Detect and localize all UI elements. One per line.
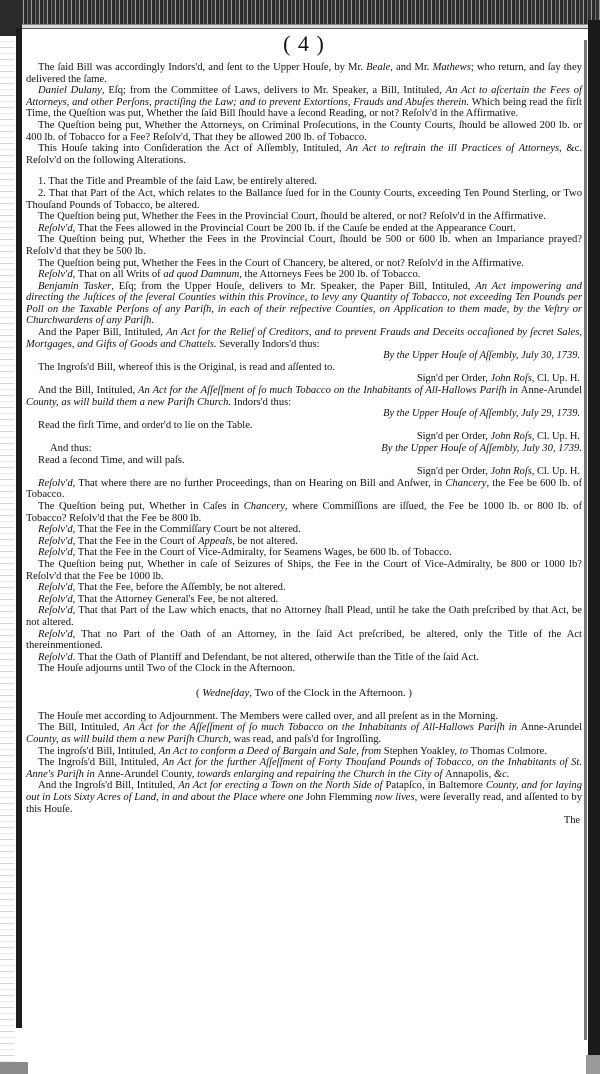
signature-line: By the Upper Houſe of Aſſembly, July 29,…: [26, 408, 582, 420]
text-run: The Queſtion being put, Whether in caſe …: [26, 559, 582, 582]
paragraph: Reſolv'd, That where there are no furthe…: [26, 478, 582, 501]
text-run: And the Ingroſs'd Bill, Intituled,: [38, 780, 178, 791]
scan-right-inner-edge: [584, 40, 587, 1040]
italic-text: Reſolv'd: [38, 547, 73, 558]
text-run: Anne-Arundel County,: [97, 769, 197, 780]
italic-text: By the Upper Houſe of Aſſembly, July 30,…: [383, 350, 580, 361]
text-run: Patapſco, in Baltemore: [386, 780, 486, 791]
italic-text: Reſolv'd: [38, 536, 73, 547]
italic-text: Reſolv'd: [38, 629, 73, 640]
text-run: The Houſe adjourns until Two of the Cloc…: [38, 663, 295, 674]
italic-text: Benjamin Tasker: [38, 281, 111, 292]
text-run: , was read, and paſs'd for Ingroſſing.: [228, 734, 381, 745]
scan-edge-speckle: [0, 30, 14, 1070]
text-run: , be not altered.: [232, 536, 298, 547]
italic-text: Reſolv'd: [38, 652, 73, 663]
italic-text: An Act for erecting a Town on the North …: [178, 780, 385, 791]
text-run: , That on all Writs of: [73, 269, 164, 280]
line-left: And thus:: [26, 443, 92, 455]
italic-text: ad quod Damnum: [163, 269, 239, 280]
catchword: The: [26, 815, 582, 827]
text-run: Sign'd per Order,: [417, 431, 491, 442]
italic-text: Chancery: [445, 478, 486, 489]
signature-line: Sign'd per Order, John Roſs, Cl. Up. H.: [26, 466, 582, 478]
scan-left-border: [16, 28, 22, 1028]
paragraph: And the Bill, Intituled, An Act for the …: [26, 385, 582, 408]
paragraph: Reſolv'd, That on all Writs of ad quod D…: [26, 269, 582, 281]
paragraph: Read the firſt Time, and order'd to lie …: [26, 420, 582, 432]
paragraph: Benjamin Tasker, Eſq; from the Upper Hou…: [26, 281, 582, 327]
italic-text: County, as will build them a new Pariſh …: [26, 734, 228, 745]
italic-text: An Act for the Aſſeſſment of ſo much Tob…: [123, 722, 521, 733]
text-run: Severally Indors'd thus:: [217, 339, 320, 350]
text-run: , That the Fee in the Court of: [73, 536, 198, 547]
text-run: Sign'd per Order,: [417, 373, 491, 384]
text-run: Annapolis,: [445, 769, 494, 780]
paragraph-gap: [26, 166, 582, 176]
italic-text: By the Upper Houſe of Aſſembly, July 30,…: [381, 443, 582, 454]
paragraph: Reſolv'd. That the Oath of Plantiff and …: [26, 652, 582, 664]
paragraph: Reſolv'd, That the Attorney General's Fe…: [26, 594, 582, 606]
text-run: The Queſtion being put, Whether the Fees…: [38, 258, 524, 269]
text-run: Thomas Colmore.: [471, 746, 548, 757]
paragraph: The Houſe adjourns until Two of the Cloc…: [26, 663, 582, 675]
italic-text: Reſolv'd: [38, 582, 73, 593]
text-run: This Houſe taking into Conſideration the…: [38, 143, 346, 154]
paragraph: Reſolv'd, That no Part of the Oath of an…: [26, 629, 582, 652]
session-heading: ( Wedneſday, Two of the Clock in the Aft…: [26, 687, 582, 699]
text-run: , That where there are no further Procee…: [73, 478, 446, 489]
italic-text: Mathews: [433, 62, 471, 73]
text-run: , That no Part of the Oath of an Attorne…: [26, 629, 582, 652]
italic-text: Reſolv'd: [38, 269, 73, 280]
document-page: ( 4 ) The ſaid Bill was accordingly Indo…: [26, 30, 582, 827]
italic-text: Reſolv'd: [38, 524, 73, 535]
paragraph: The Queſtion being put, Whether the Fees…: [26, 234, 582, 257]
italic-text: Reſolv'd: [38, 223, 73, 234]
paragraph: The Queſtion being put, Whether in caſe …: [26, 559, 582, 582]
text-run: Stephen Yoakley,: [384, 746, 460, 757]
text-run: Anne-Arundel: [521, 385, 582, 396]
document-body: The ſaid Bill was accordingly Indors'd, …: [26, 62, 582, 815]
italic-text: towards enlarging and repairing the Chur…: [197, 769, 445, 780]
paragraph: The Ingroſs'd Bill, whereof this is the …: [26, 362, 582, 374]
paragraph: The ſaid Bill was accordingly Indors'd, …: [26, 62, 582, 85]
text-run: 1. That the Title and Preamble of the ſa…: [38, 176, 317, 187]
paragraph: Reſolv'd, That the Fees allowed in the P…: [26, 223, 582, 235]
italic-text: Chancery: [244, 501, 285, 512]
text-run: The ſaid Bill was accordingly Indors'd, …: [38, 62, 366, 73]
italic-text: John Roſs: [491, 373, 532, 384]
italic-text: Reſolv'd: [38, 478, 73, 489]
text-run: , That the Fees allowed in the Provincia…: [73, 223, 516, 234]
page-number: ( 4 ): [26, 30, 582, 58]
paragraph: Reſolv'd, That that Part of the Law whic…: [26, 605, 582, 628]
text-run: , Two of the Clock in the Afternoon. ): [249, 687, 412, 699]
text-run: , That the Fee in the Commiſſary Court b…: [73, 524, 301, 535]
text-run: The Houſe met according to Adjournment. …: [38, 711, 498, 722]
text-run: The Queſtion being put, Whether the Atto…: [26, 120, 582, 143]
split-line: And thus:By the Upper Houſe of Aſſembly,…: [26, 443, 582, 455]
text-run: Read a ſecond Time, and will paſs.: [38, 455, 185, 466]
italic-text: now lives: [375, 792, 415, 803]
paragraph: Reſolv'd, That the Fee, before the Aſſem…: [26, 582, 582, 594]
paragraph: And the Paper Bill, Intituled, An Act fo…: [26, 327, 582, 350]
text-run: , Eſq; from the Committee of Laws, deliv…: [102, 85, 446, 96]
text-run: The ingroſs'd Bill, Intituled,: [38, 746, 159, 757]
paragraph: 2. That that Part of the Act, which rela…: [26, 188, 582, 211]
italic-text: An Act to reſtrain the ill Practices of …: [346, 143, 559, 154]
paragraph: The Queſtion being put, Whether in Caſes…: [26, 501, 582, 524]
text-run: , Cl. Up. H.: [532, 373, 580, 384]
text-run: , That the Attorney General's Fee, be no…: [73, 594, 279, 605]
paragraph: The Bill, Intituled, An Act for the Aſſe…: [26, 722, 582, 745]
paragraph: The Queſtion being put, Whether the Fees…: [26, 211, 582, 223]
text-run: , That that Part of the Law which enacts…: [26, 605, 582, 628]
text-run: Read the firſt Time, and order'd to lie …: [38, 420, 253, 431]
italic-text: John Roſs: [491, 466, 532, 477]
italic-text: An Act for the Aſſeſſment of ſo much Tob…: [138, 385, 521, 396]
italic-text: Reſolv'd: [38, 605, 73, 616]
paragraph: Daniel Dulany, Eſq; from the Committee o…: [26, 85, 582, 120]
scan-corner-bottom-right: [586, 1055, 600, 1074]
text-run: , Eſq; from the Upper Houſe, delivers to…: [111, 281, 475, 292]
text-run: . That the Oath of Plantiff and Defendan…: [73, 652, 479, 663]
paragraph: The Ingroſs'd Bill, Intituled, An Act fo…: [26, 757, 582, 780]
page-top-rule: [22, 24, 592, 29]
text-run: , the Attorneys Fees be 200 lb. of Tobac…: [239, 269, 420, 280]
paragraph: The Queſtion being put, Whether the Atto…: [26, 120, 582, 143]
text-run: The Queſtion being put, Whether in Caſes…: [38, 501, 244, 512]
text-run: John Flemming: [306, 792, 375, 803]
paragraph: Reſolv'd, That the Fee in the Court of A…: [26, 536, 582, 548]
line-right: By the Upper Houſe of Aſſembly, July 30,…: [369, 443, 582, 455]
text-run: The Queſtion being put, Whether the Fees…: [38, 211, 546, 222]
italic-text: Daniel Dulany: [38, 85, 102, 96]
italic-text: An Act to conform a Deed of Bargain and …: [159, 746, 384, 757]
italic-text: Appeals: [198, 536, 232, 547]
signature-line: Sign'd per Order, John Roſs, Cl. Up. H.: [26, 431, 582, 443]
scan-corner-bottom-left: [0, 1062, 28, 1074]
text-run: The Ingroſs'd Bill, Intituled,: [38, 757, 162, 768]
paragraph: Read a ſecond Time, and will paſs.: [26, 455, 582, 467]
paragraph: 1. That the Title and Preamble of the ſa…: [26, 176, 582, 188]
text-run: The Bill, Intituled,: [38, 722, 123, 733]
paragraph: This Houſe taking into Conſideration the…: [26, 143, 582, 166]
text-run: , That the Fee in the Court of Vice-Admi…: [73, 547, 452, 558]
italic-text: By the Upper Houſe of Aſſembly, July 29,…: [383, 408, 580, 419]
italic-text: Beale: [366, 62, 390, 73]
text-run: And the Bill, Intituled,: [38, 385, 138, 396]
italic-text: County, as will build them a new Pariſh …: [26, 397, 231, 408]
scan-right-border: [588, 20, 600, 1070]
signature-line: Sign'd per Order, John Roſs, Cl. Up. H.: [26, 373, 582, 385]
paragraph: The ingroſs'd Bill, Intituled, An Act to…: [26, 746, 582, 758]
text-run: , Cl. Up. H.: [532, 466, 580, 477]
paragraph: The Houſe met according to Adjournment. …: [26, 711, 582, 723]
text-run: , and Mr.: [390, 62, 432, 73]
text-run: , That the Fee, before the Aſſembly, be …: [73, 582, 286, 593]
paragraph: Reſolv'd, That the Fee in the Court of V…: [26, 547, 582, 559]
italic-text: John Roſs: [491, 431, 532, 442]
text-run: Anne-Arundel: [521, 722, 582, 733]
paragraph: The Queſtion being put, Whether the Fees…: [26, 258, 582, 270]
text-run: , Cl. Up. H.: [532, 431, 580, 442]
text-run: The Ingroſs'd Bill, whereof this is the …: [38, 362, 335, 373]
text-run: Sign'd per Order,: [417, 466, 491, 477]
italic-text: &c.: [494, 769, 510, 780]
text-run: Indors'd thus:: [231, 397, 291, 408]
signature-line: By the Upper Houſe of Aſſembly, July 30,…: [26, 350, 582, 362]
paragraph: Reſolv'd, That the Fee in the Commiſſary…: [26, 524, 582, 536]
text-run: And the Paper Bill, Intituled,: [38, 327, 166, 338]
italic-text: Reſolv'd: [38, 594, 73, 605]
paragraph: And the Ingroſs'd Bill, Intituled, An Ac…: [26, 780, 582, 815]
italic-text: Wedneſday: [202, 687, 249, 699]
text-run: The Queſtion being put, Whether the Fees…: [26, 234, 582, 257]
italic-text: to: [460, 746, 471, 757]
text-run: 2. That that Part of the Act, which rela…: [26, 188, 582, 211]
